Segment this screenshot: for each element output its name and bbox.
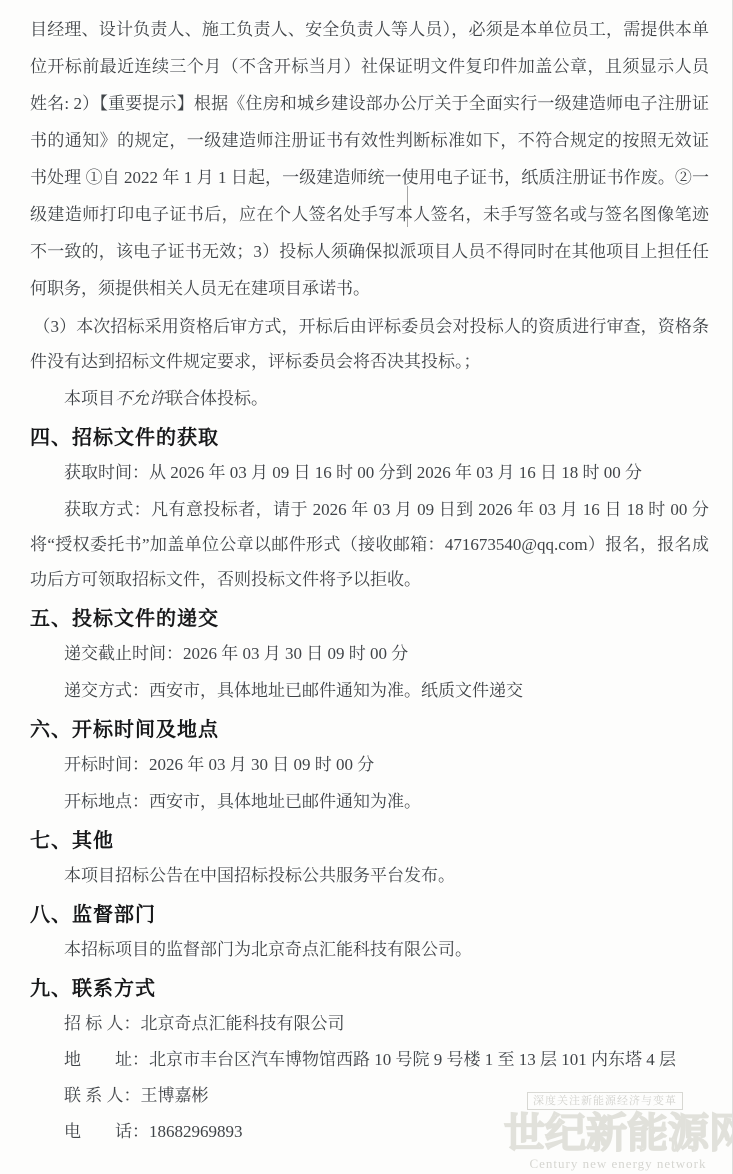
section-heading-supervision: 八、监督部门 — [30, 902, 709, 928]
scan-artifact-line — [407, 186, 408, 227]
contact-tenderer-label: 招 标 人： — [64, 1014, 141, 1033]
intro-paragraph: 目经理、设计负责人、施工负责人、安全负责人等人员），必须是本单位员工，需提供本单… — [30, 11, 709, 307]
announcement-platform-line: 本项目招标公告在中国招标投标公共服务平台发布。 — [30, 858, 709, 893]
section-heading-contact: 九、联系方式 — [30, 976, 709, 1002]
contact-address-value: 北京市丰台区汽车博物馆西路 10 号院 9 号楼 1 至 13 层 101 内东… — [149, 1050, 676, 1069]
consortium-paragraph: 本项目不允许联合体投标。 — [30, 381, 709, 416]
contact-phone-value: 18682969893 — [149, 1122, 243, 1141]
contact-tenderer-line: 招 标 人：北京奇点汇能科技有限公司 — [30, 1006, 709, 1042]
bid-opening-place-line: 开标地点：西安市，具体地址已邮件通知为准。 — [30, 784, 709, 819]
contact-person-line: 联 系 人：王博嘉彬 — [30, 1078, 709, 1114]
acquisition-method-paragraph: 获取方式：凡有意投标者，请于 2026 年 03 月 09 日到 2026 年 … — [30, 492, 709, 597]
section-heading-other: 七、其他 — [30, 828, 709, 854]
supervision-department-line: 本招标项目的监督部门为北京奇点汇能科技有限公司。 — [30, 932, 709, 967]
consortium-prefix: 本项目 — [64, 389, 115, 408]
watermark-subtitle: Century new energy network — [504, 1156, 732, 1172]
section-heading-bid-opening: 六、开标时间及地点 — [30, 717, 709, 743]
contact-address-line: 地 址：北京市丰台区汽车博物馆西路 10 号院 9 号楼 1 至 13 层 10… — [30, 1042, 709, 1078]
contact-person-label: 联 系 人： — [64, 1086, 141, 1105]
bid-opening-time-line: 开标时间：2026 年 03 月 30 日 09 时 00 分 — [30, 747, 709, 782]
consortium-suffix: 联合体投标。 — [166, 389, 268, 408]
submission-method-line: 递交方式：西安市，具体地址已邮件通知为准。纸质文件递交 — [30, 673, 709, 708]
qualification-review-paragraph: （3）本次招标采用资格后审方式，开标后由评标委员会对投标人的资质进行审查，资格条… — [30, 309, 709, 379]
contact-phone-label: 电 话： — [64, 1122, 149, 1141]
section-heading-submission: 五、投标文件的递交 — [30, 606, 709, 632]
document-content: 目经理、设计负责人、施工负责人、安全负责人等人员），必须是本单位员工，需提供本单… — [0, 0, 732, 1150]
section-heading-acquisition: 四、招标文件的获取 — [30, 425, 709, 451]
contact-phone-line: 电 话：18682969893 — [30, 1114, 709, 1150]
submission-deadline-line: 递交截止时间：2026 年 03 月 30 日 09 时 00 分 — [30, 636, 709, 671]
contact-address-label: 地 址： — [64, 1050, 149, 1069]
contact-person-value: 王博嘉彬 — [141, 1086, 209, 1105]
no-consortium-emphasis: 不允许 — [115, 389, 166, 408]
contact-tenderer-value: 北京奇点汇能科技有限公司 — [141, 1014, 345, 1033]
acquisition-time-line: 获取时间：从 2026 年 03 月 09 日 16 时 00 分到 2026 … — [30, 455, 709, 490]
document-page: 目经理、设计负责人、施工负责人、安全负责人等人员），必须是本单位员工，需提供本单… — [0, 0, 733, 1174]
